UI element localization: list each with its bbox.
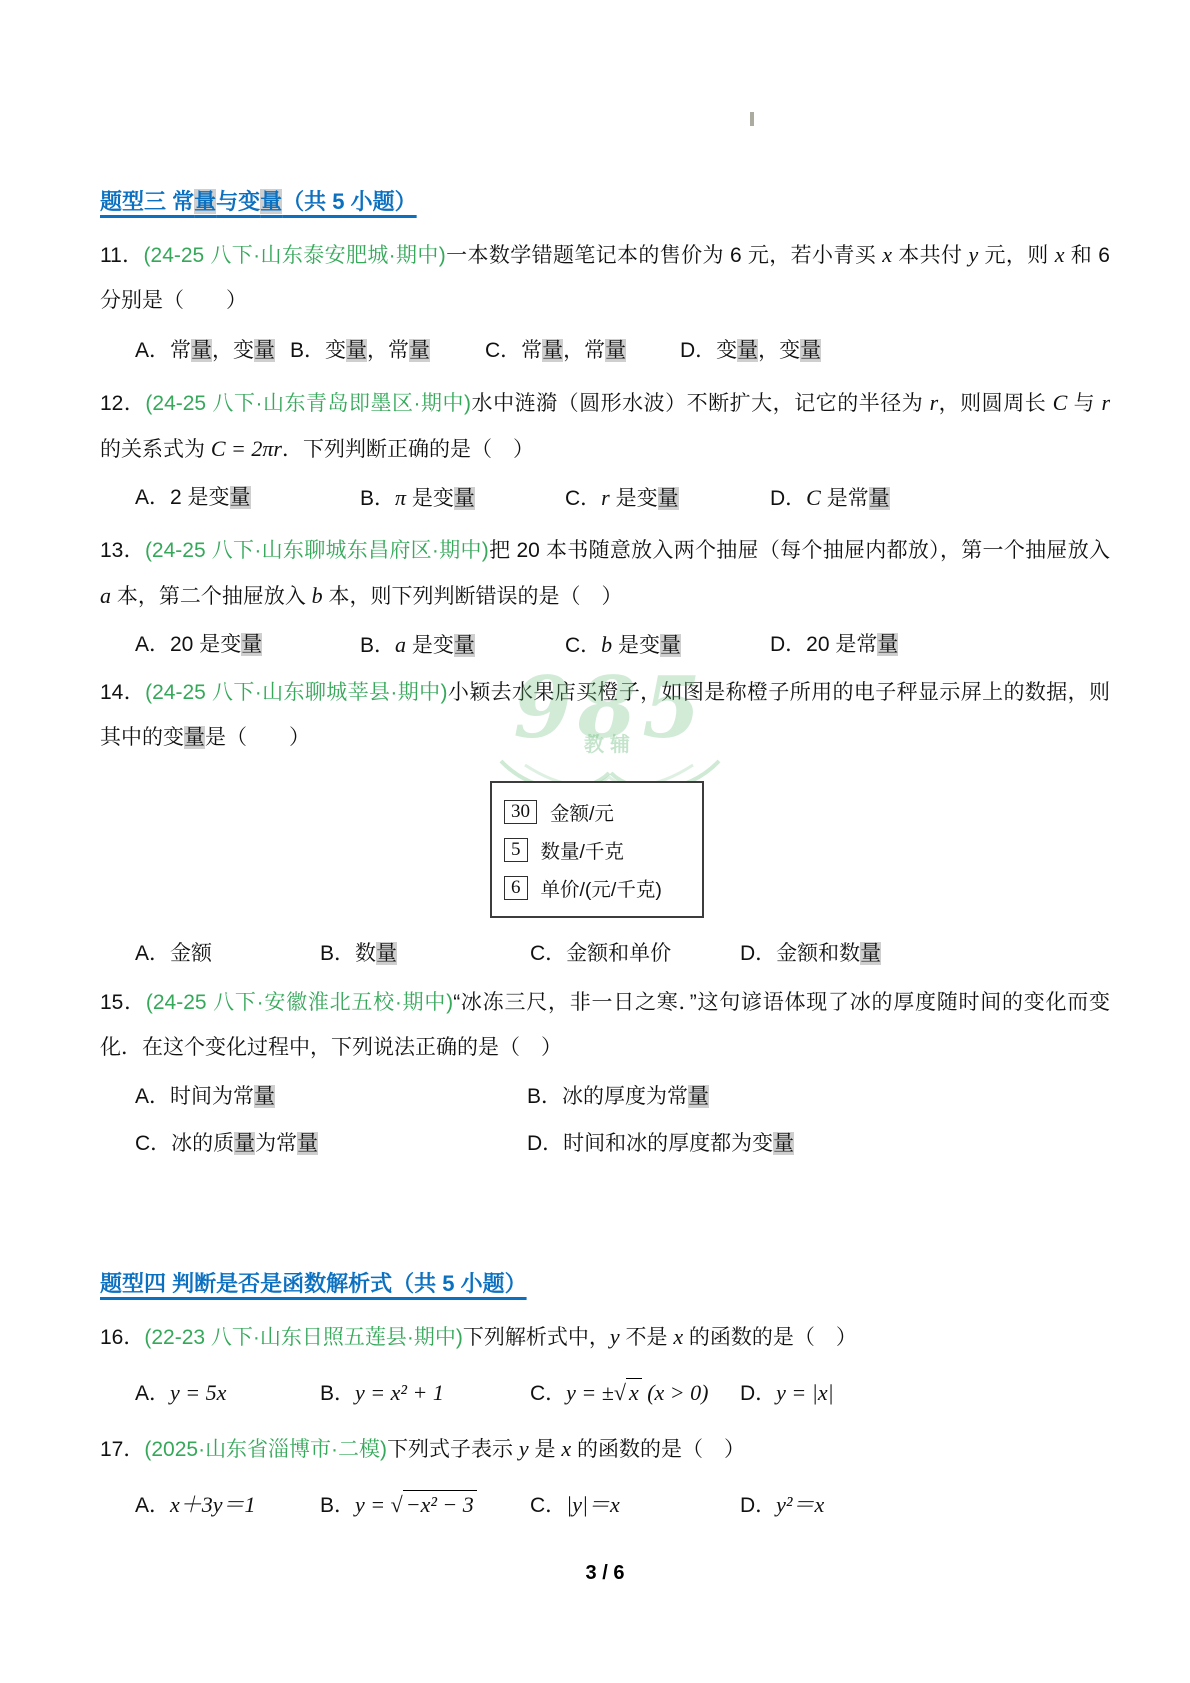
question-14-stem: 14．(24-25 八下·山东聊城莘县·期中)小颖去水果店买橙子，如图是称橙子所… [100,670,1110,760]
q14-option-b: B．数量 [320,931,530,976]
question-16-options: A．y = 5x B．y = x² + 1 C．y = ±√x (x > 0) … [100,1369,1110,1418]
q17-option-d: D．y²＝x [740,1479,824,1532]
amount-value-cell: 30 [504,800,537,824]
unit-price-value-cell: 6 [504,876,528,900]
section-title-4: 题型四 判断是否是函数解析式（共 5 小题） [100,1268,1110,1300]
question-15-options-row2: C．冰的质量为常量 D．时间和冰的厚度都为变量 [100,1121,1110,1166]
q16-option-a: A．y = 5x [135,1369,320,1418]
q14-option-a: A．金额 [135,931,320,976]
question-13-stem: 13．(24-25 八下·山东聊城东昌府区·期中)把 20 本书随意放入两个抽屉… [100,528,1110,619]
question-13-options: A．20 是变量 B．a 是变量 C．b 是变量 D．20 是常量 [100,622,1110,668]
display-row-unit-price: 6 单价/(元/千克) [504,869,702,907]
question-17-options: A．x＋3y＝1 B．y = √−x² − 3 C．|y|＝x D．y²＝x [100,1479,1110,1532]
quantity-value-cell: 5 [504,838,528,862]
q12-option-d: D．C 是常量 [770,475,890,521]
q15-option-a: A．时间为常量 [135,1074,527,1119]
q12-option-c: C．r 是变量 [565,475,770,521]
q13-option-c: C．b 是变量 [565,622,770,668]
q17-option-b: B．y = √−x² − 3 [320,1479,530,1532]
q12-option-a: A．2 是变量 [135,475,360,521]
question-15-stem: 15．(24-25 八下·安徽淮北五校·期中)“冰冻三尺，非一日之寒．”这句谚语… [100,980,1110,1070]
q11-option-c: C．常量，常量 [485,328,680,373]
q13-option-d: D．20 是常量 [770,622,898,668]
q16-option-c: C．y = ±√x (x > 0) [530,1369,740,1418]
electronic-scale-display-figure: 30 金额/元 5 数量/千克 6 单价/(元/千克) [490,781,704,918]
q15-option-b: B．冰的厚度为常量 [527,1074,709,1119]
q13-option-b: B．a 是变量 [360,622,565,668]
q11-option-d: D．变量，变量 [680,328,821,373]
q13-option-a: A．20 是变量 [135,622,360,668]
q14-option-d: D．金额和数量 [740,931,881,976]
question-15-options-row1: A．时间为常量 B．冰的厚度为常量 [100,1074,1110,1119]
question-11-options: A．常量，变量 B．变量，常量 C．常量，常量 D．变量，变量 [100,328,1110,373]
question-11-stem: 11．(24-25 八下·山东泰安肥城·期中)一本数学错题笔记本的售价为 6 元… [100,232,1110,323]
q11-option-b: B．变量，常量 [290,328,485,373]
question-14-options: A．金额 B．数量 C．金额和单价 D．金额和数量 [100,931,1110,976]
worksheet-page: 985 教辅 题型三 常量与变量（共 5 小题） 11．(24-25 八下·山东… [0,0,1190,1683]
question-17-stem: 17．(2025·山东省淄博市·二模)下列式子表示 y 是 x 的函数的是（ ） [100,1426,1110,1472]
page-number: 3 / 6 [100,1562,1110,1585]
stray-mark [750,112,754,126]
amount-label: 金额/元 [550,798,614,826]
q11-option-a: A．常量，变量 [135,328,290,373]
question-12-stem: 12．(24-25 八下·山东青岛即墨区·期中)水中涟漪（圆形水波）不断扩大，记… [100,380,1110,472]
display-row-amount: 30 金额/元 [504,793,702,831]
question-16-stem: 16．(22-23 八下·山东日照五莲县·期中)下列解析式中，y 不是 x 的函… [100,1314,1110,1360]
q15-option-d: D．时间和冰的厚度都为变量 [527,1121,794,1166]
q16-option-b: B．y = x² + 1 [320,1369,530,1418]
section-title-3: 题型三 常量与变量（共 5 小题） [100,186,1110,218]
q15-option-c: C．冰的质量为常量 [135,1121,527,1166]
unit-price-label: 单价/(元/千克) [541,874,662,902]
q12-option-b: B．π 是变量 [360,475,565,521]
q17-option-c: C．|y|＝x [530,1479,740,1532]
quantity-label: 数量/千克 [541,836,624,864]
q16-option-d: D．y = |x| [740,1369,834,1418]
q14-option-c: C．金额和单价 [530,931,740,976]
q17-option-a: A．x＋3y＝1 [135,1479,320,1532]
question-12-options: A．2 是变量 B．π 是变量 C．r 是变量 D．C 是常量 [100,475,1110,521]
display-row-quantity: 5 数量/千克 [504,831,702,869]
